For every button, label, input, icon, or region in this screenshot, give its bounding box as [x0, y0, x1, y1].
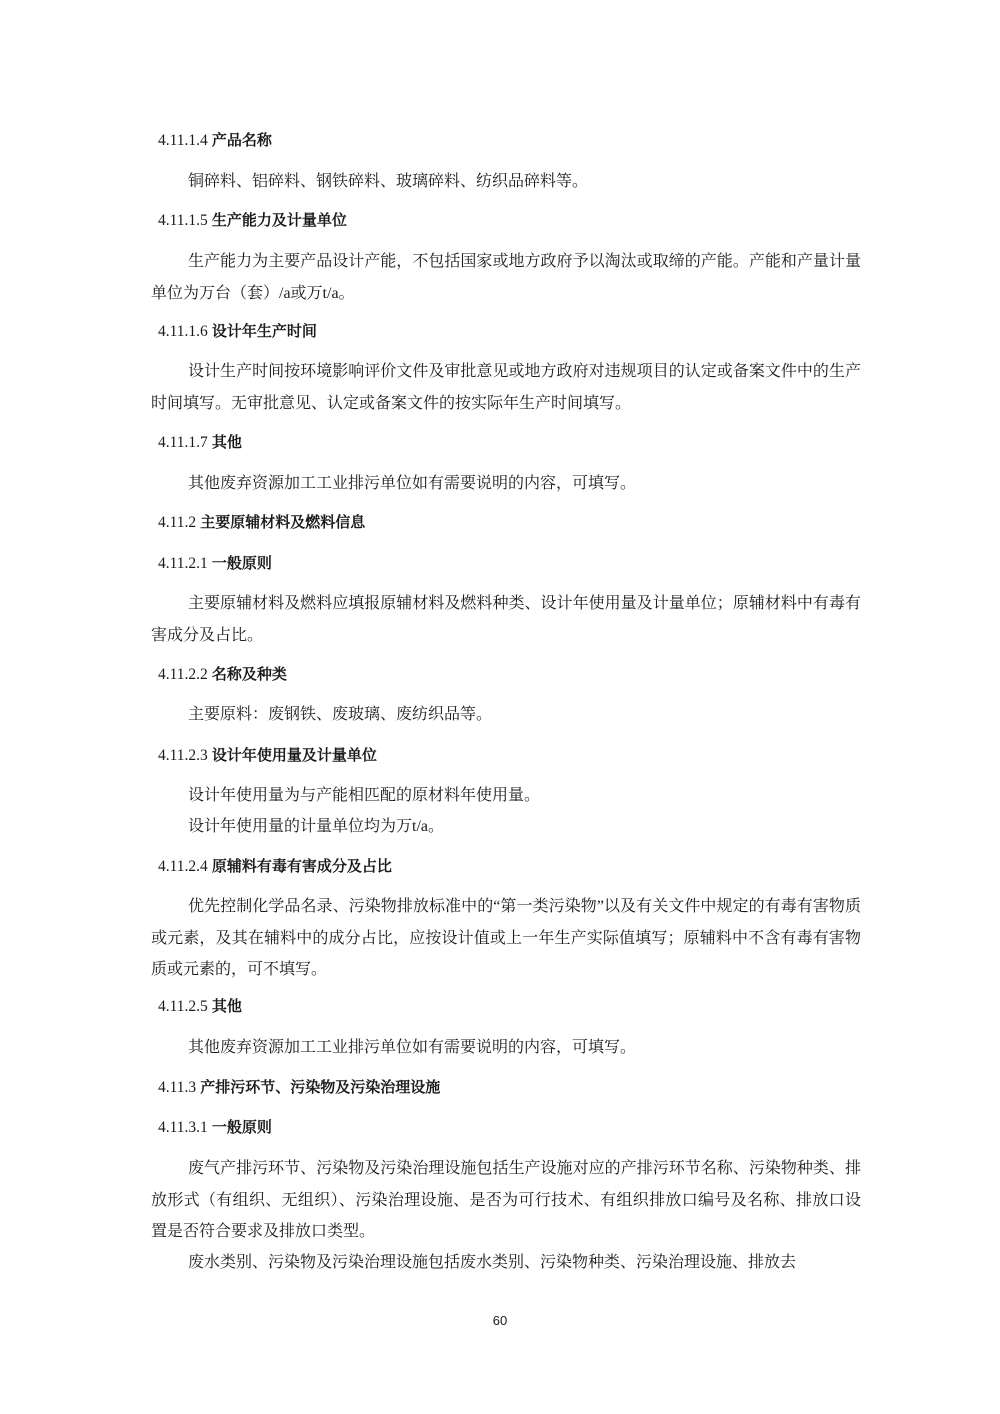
paragraph: 其他废弃资源加工工业排污单位如有需要说明的内容，可填写。: [151, 1032, 861, 1064]
paragraph: 废水类别、污染物及污染治理设施包括废水类别、污染物种类、污染治理设施、排放去: [151, 1247, 861, 1279]
section-heading: 4.11.1.6设计年生产时间: [158, 321, 317, 342]
paragraph: 优先控制化学品名录、污染物排放标准中的“第一类污染物”以及有关文件中规定的有毒有…: [151, 891, 861, 986]
paragraph: 主要原料：废钢铁、废玻璃、废纺织品等。: [151, 699, 861, 731]
section-heading: 4.11.3产排污环节、污染物及污染治理设施: [158, 1077, 440, 1098]
section-heading: 4.11.2.3设计年使用量及计量单位: [158, 745, 377, 766]
section-heading: 4.11.2.1一般原则: [158, 553, 272, 574]
paragraph: 设计年使用量的计量单位均为万t/a。: [151, 811, 861, 843]
paragraph: 设计生产时间按环境影响评价文件及审批意见或地方政府对违规项目的认定或备案文件中的…: [151, 356, 861, 419]
section-heading: 4.11.2.2名称及种类: [158, 664, 287, 685]
paragraph: 设计年使用量为与产能相匹配的原材料年使用量。: [151, 780, 861, 812]
section-heading: 4.11.2主要原辅材料及燃料信息: [158, 512, 365, 533]
paragraph: 铜碎料、铝碎料、钢铁碎料、玻璃碎料、纺织品碎料等。: [151, 166, 861, 198]
section-heading: 4.11.1.7其他: [158, 432, 242, 453]
section-heading: 4.11.3.1一般原则: [158, 1117, 272, 1138]
paragraph: 其他废弃资源加工工业排污单位如有需要说明的内容，可填写。: [151, 468, 861, 500]
section-heading: 4.11.2.5其他: [158, 996, 242, 1017]
section-heading: 4.11.2.4原辅料有毒有害成分及占比: [158, 856, 392, 877]
paragraph: 生产能力为主要产品设计产能，不包括国家或地方政府予以淘汰或取缔的产能。产能和产量…: [151, 246, 861, 309]
section-heading: 4.11.1.4产品名称: [158, 130, 272, 151]
paragraph: 主要原辅材料及燃料应填报原辅材料及燃料种类、设计年使用量及计量单位；原辅材料中有…: [151, 588, 861, 651]
paragraph: 废气产排污环节、污染物及污染治理设施包括生产设施对应的产排污环节名称、污染物种类…: [151, 1153, 861, 1248]
page-number: 60: [0, 1313, 1000, 1328]
section-heading: 4.11.1.5生产能力及计量单位: [158, 210, 347, 231]
